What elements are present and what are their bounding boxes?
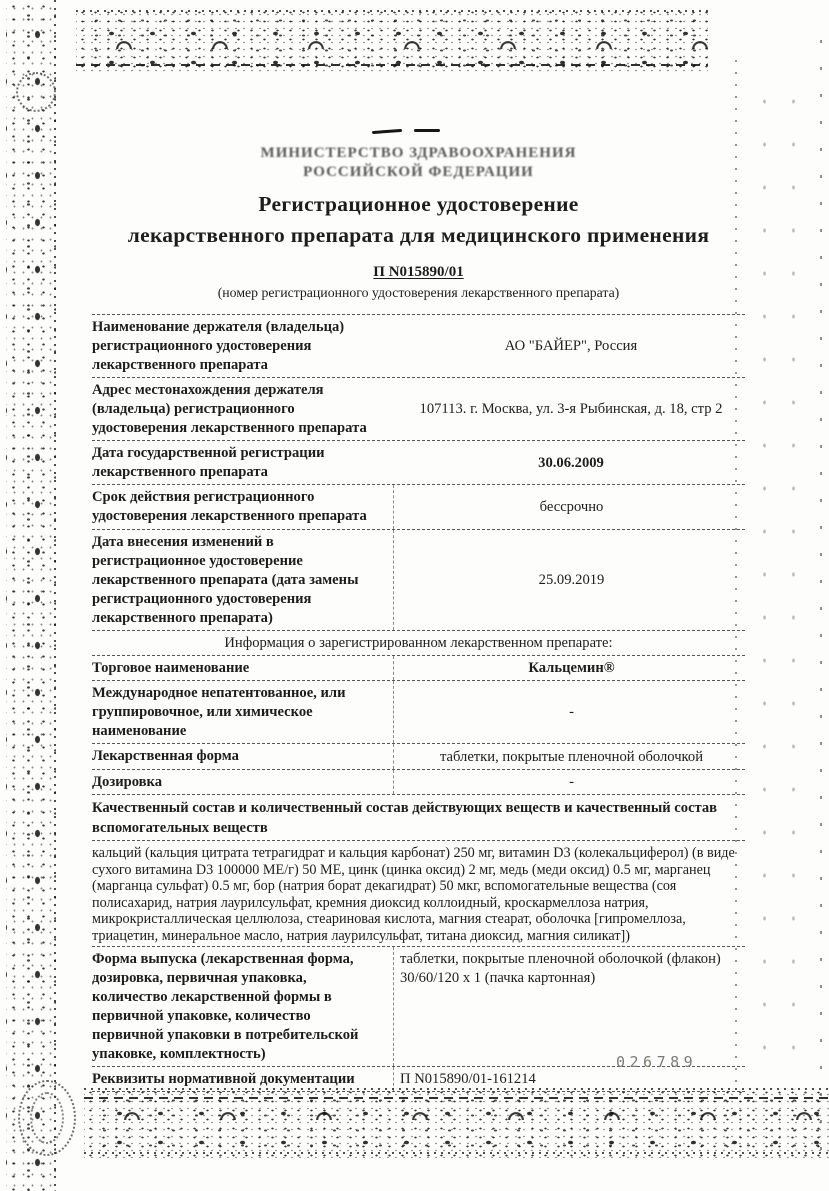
composition-heading: Качественный состав и количественный сос… — [92, 794, 745, 840]
border-ornament-top — [76, 8, 708, 72]
table-row-release-form: Форма выпуска (лекарственная форма, дози… — [92, 946, 745, 1066]
table-row-amendment-date: Дата внесения изменений в регистрационно… — [92, 529, 745, 630]
document-title-line2: лекарственного препарата для медицинског… — [82, 220, 755, 251]
row-value: - — [393, 770, 745, 794]
registration-number: П N015890/01 — [92, 264, 745, 281]
border-dotline-vertical — [54, 0, 56, 1191]
border-arcs — [84, 1106, 829, 1120]
table-row-inn-name: Международное непатентованное, или групп… — [92, 680, 745, 743]
table-row-dosage-form: Лекарственная форма таблетки, покрытые п… — [92, 743, 745, 769]
border-dashline — [76, 64, 708, 66]
row-label: Форма выпуска (лекарственная форма, дози… — [92, 947, 393, 1066]
composition-text: кальций (кальция цитрата тетрагидрат и к… — [92, 840, 745, 946]
certificate-page: МИНИСТЕРСТВО ЗДРАВООХРАНЕНИЯ РОССИЙСКОЙ … — [0, 0, 829, 1191]
table-row-holder-name: Наименование держателя (владельца) регис… — [92, 314, 745, 377]
row-value: бессрочно — [393, 485, 745, 529]
border-dotline — [84, 1152, 829, 1154]
row-label: Реквизиты нормативной документации — [92, 1067, 393, 1091]
document-title: Регистрационное удостоверение лекарствен… — [82, 189, 755, 251]
document-title-line1: Регистрационное удостоверение — [82, 189, 755, 220]
info-heading: Информация о зарегистрированном лекарств… — [92, 630, 745, 655]
row-value: 25.09.2019 — [393, 530, 745, 630]
border-rosette-top-left — [16, 72, 56, 112]
table-row-registration-date: Дата государственной регистрации лекарст… — [92, 440, 745, 484]
scan-smudge — [372, 129, 402, 134]
border-rosette-bottom-left — [18, 1080, 76, 1156]
row-label: Срок действия регистрационного удостовер… — [92, 485, 393, 529]
registration-number-caption: (номер регистрационного удостоверения ле… — [92, 285, 745, 301]
border-arcs — [76, 35, 708, 49]
table-row-dosage: Дозировка - — [92, 769, 745, 794]
border-dots-edge — [820, 40, 822, 1150]
border-ornament-bottom — [84, 1088, 829, 1158]
row-value: - — [393, 681, 745, 743]
row-label: Лекарственная форма — [92, 744, 393, 769]
registration-table: Наименование держателя (владельца) регис… — [92, 314, 745, 1092]
table-row-holder-address: Адрес местонахождения держателя (владель… — [92, 377, 745, 440]
border-dashline — [84, 1097, 829, 1099]
border-ornament-left — [6, 0, 56, 1191]
row-value: 30.06.2009 — [393, 441, 745, 484]
row-label: Дозировка — [92, 770, 393, 794]
ministry-line1: МИНИСТЕРСТВО ЗДРАВООХРАНЕНИЯ — [92, 144, 745, 163]
row-label: Наименование держателя (владельца) регис… — [92, 315, 393, 377]
scan-specks-right — [750, 80, 796, 1090]
row-value: таблетки, покрытые пленочной оболочкой (… — [393, 947, 745, 1066]
row-label: Дата государственной регистрации лекарст… — [92, 441, 393, 484]
scan-smudge — [414, 129, 440, 132]
row-value: Кальцемин® — [393, 656, 745, 680]
ministry-line2: РОССИЙСКОЙ ФЕДЕРАЦИИ — [92, 163, 745, 182]
ministry-name: МИНИСТЕРСТВО ЗДРАВООХРАНЕНИЯ РОССИЙСКОЙ … — [92, 144, 745, 182]
serial-number-stamp: 026789 — [616, 1053, 697, 1071]
row-label: Адрес местонахождения держателя (владель… — [92, 378, 393, 440]
row-label: Дата внесения изменений в регистрационно… — [92, 530, 393, 630]
row-value: 107113. г. Москва, ул. 3-я Рыбинская, д.… — [393, 378, 745, 440]
row-label: Международное непатентованное, или групп… — [92, 681, 393, 743]
row-value: таблетки, покрытые пленочной оболочкой — [393, 744, 745, 769]
row-value: АО "БАЙЕР", Россия — [393, 315, 745, 377]
border-dotline — [76, 10, 708, 12]
row-label: Торговое наименование — [92, 656, 393, 680]
table-row-trade-name: Торговое наименование Кальцемин® — [92, 655, 745, 680]
table-row-validity-period: Срок действия регистрационного удостовер… — [92, 484, 745, 529]
